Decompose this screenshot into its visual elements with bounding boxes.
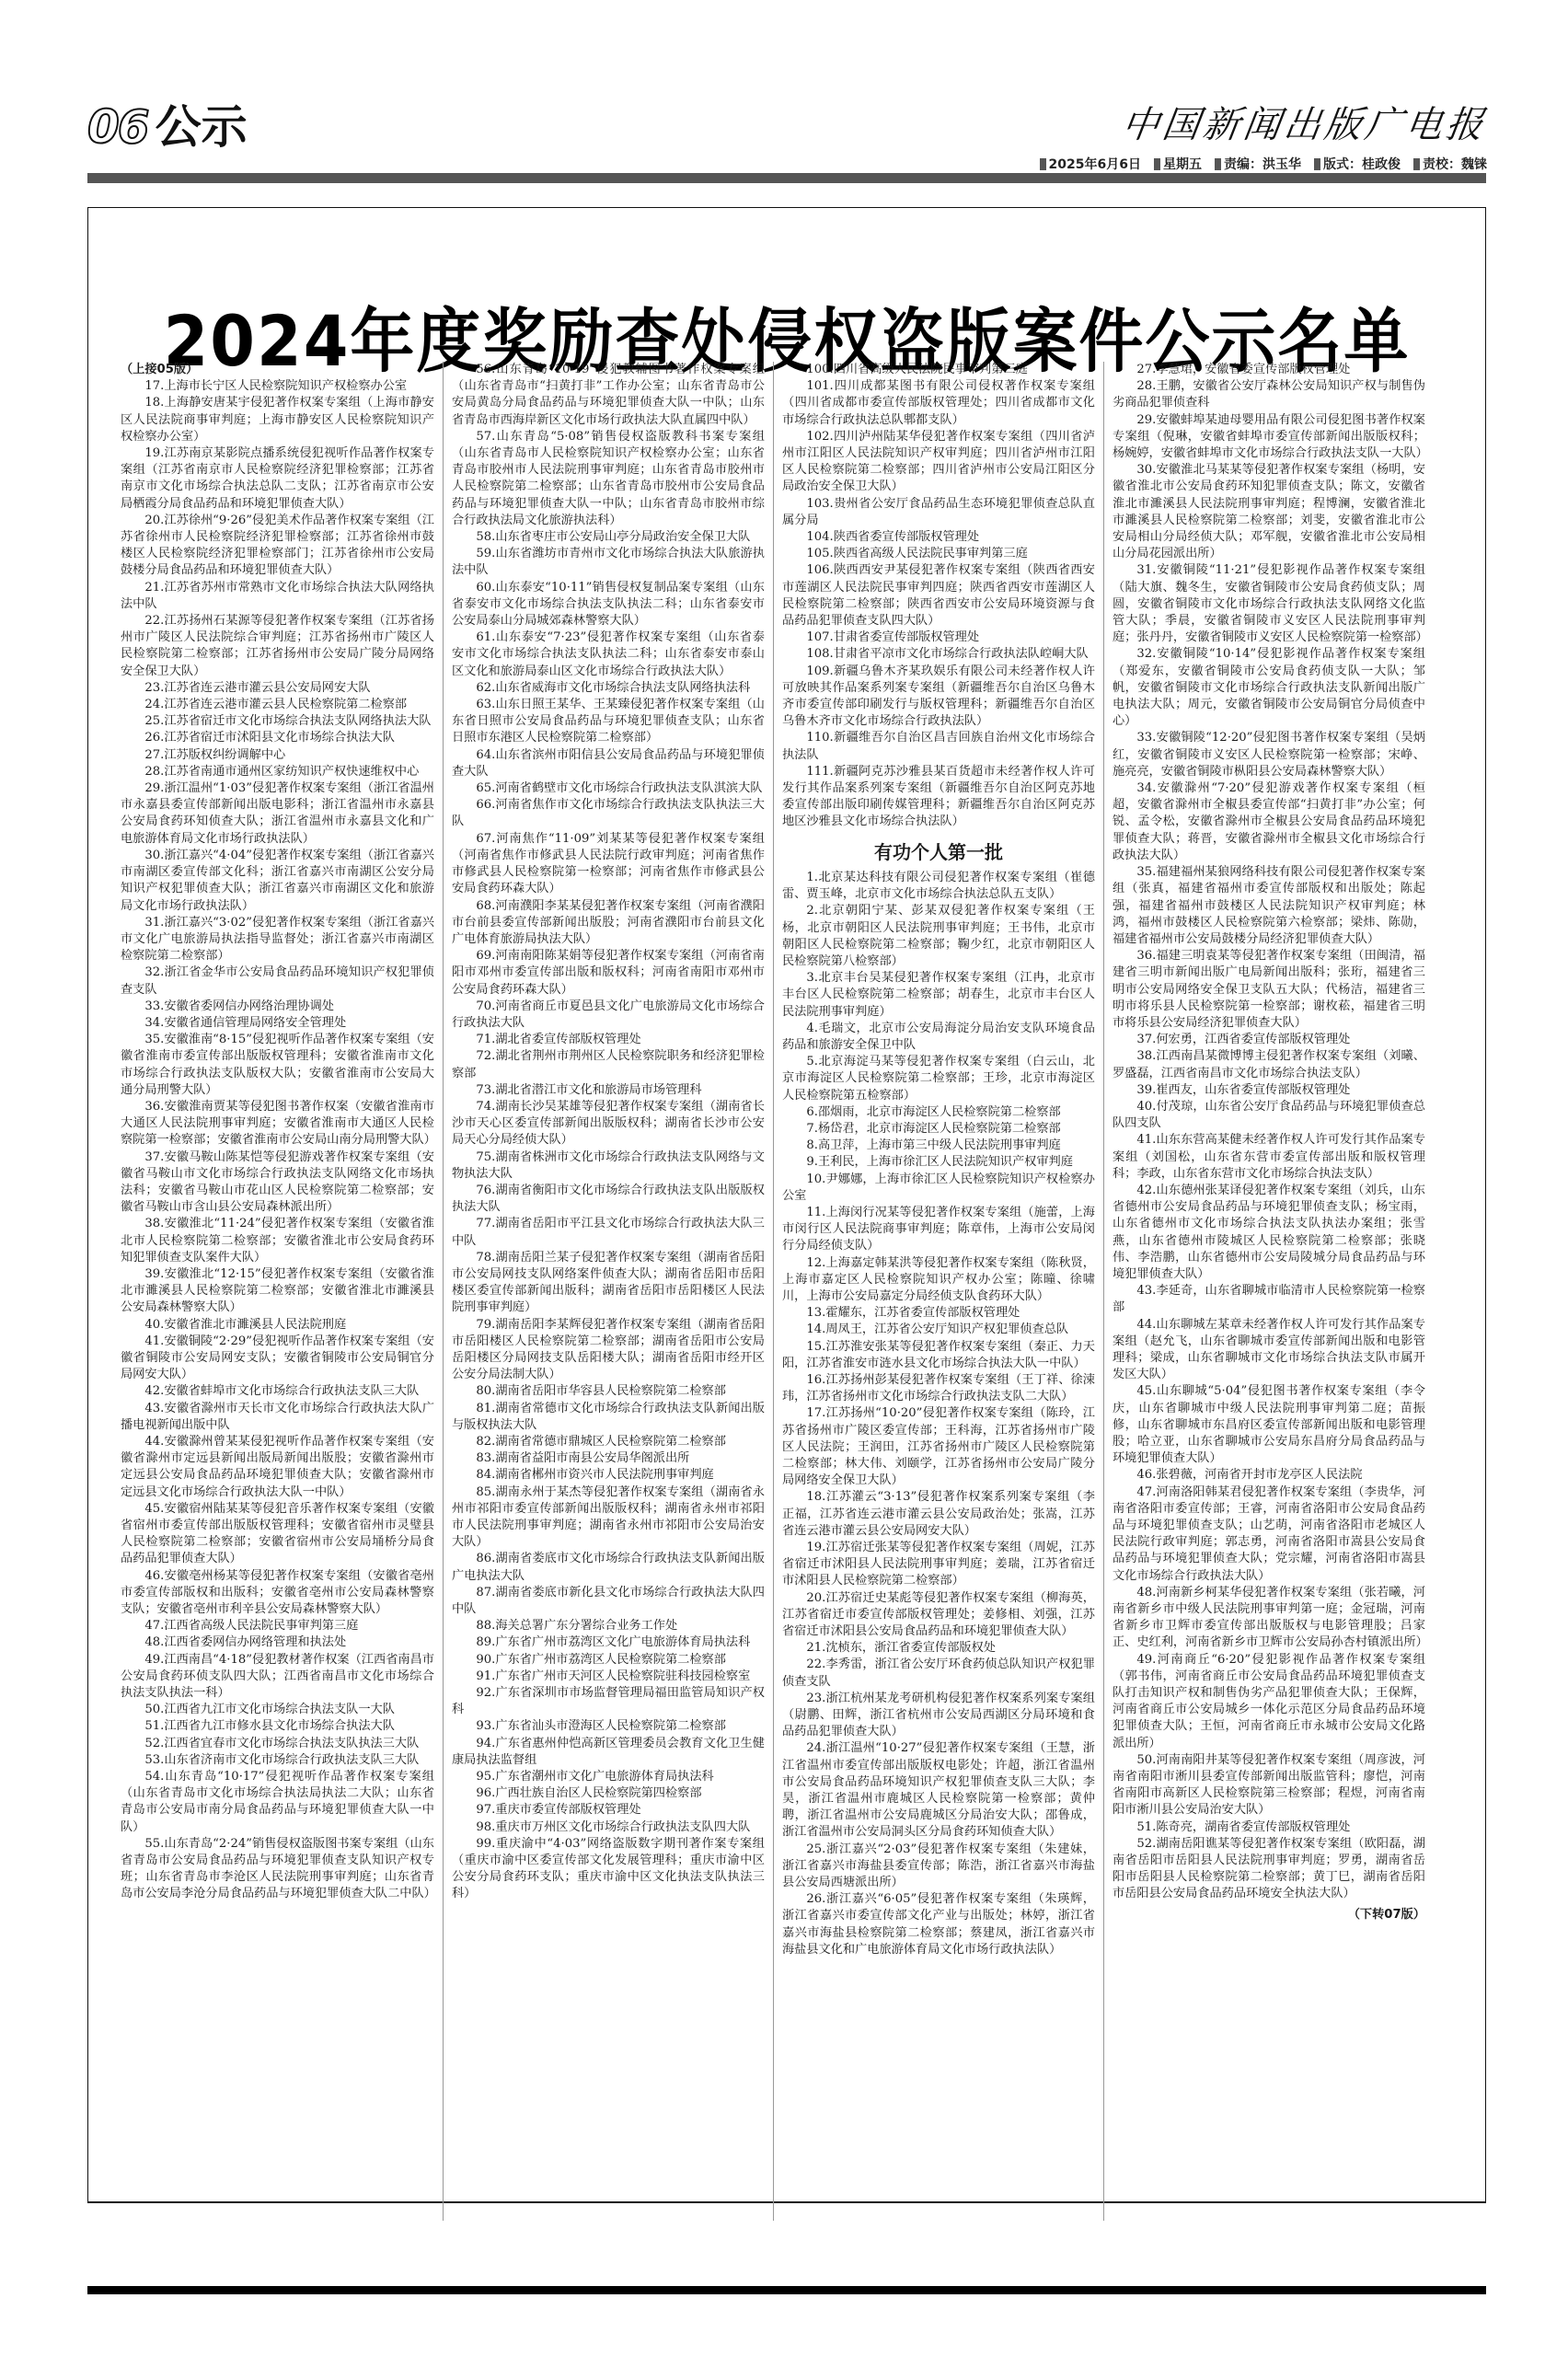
column-1: （上接05版） 17.上海市长宁区人民检察院知识产权检察办公室18.上海静安唐某… bbox=[112, 362, 443, 2221]
individual-list-item: 21.沈桢东，浙江省委宣传部版权处 bbox=[782, 1640, 1095, 1657]
individual-list-item: 15.江苏淮安张某等侵犯著作权案专案组（秦正、力天阳，江苏省淮安市涟水县文化市场… bbox=[782, 1339, 1095, 1372]
unit-list-item: 25.江苏省宿迁市文化市场综合执法支队网络执法大队 bbox=[121, 713, 434, 730]
individuals-heading: 有功个人第一批 bbox=[782, 844, 1095, 860]
individual-list-item: 38.江西南昌某微博博主侵犯著作权案专案组（刘曦、罗盛磊，江西省南昌市文化市场综… bbox=[1113, 1048, 1425, 1081]
individual-list-item: 36.福建三明袁某等侵犯著作权案专案组（田闽清，福建省三明市新闻出版广电局新闻出… bbox=[1113, 948, 1425, 1032]
unit-list-item: 77.湖南省岳阳市平江县文化市场综合行政执法大队三中队 bbox=[452, 1216, 765, 1249]
unit-list-item: 86.湖南省娄底市文化市场综合行政执法支队新闻出版广电执法大队 bbox=[452, 1551, 765, 1584]
individual-list-item: 24.浙江温州“10·27”侵犯著作权案专案组（王慧，浙江省温州市委宣传部出版版… bbox=[782, 1740, 1095, 1841]
unit-list-item: 70.河南省商丘市夏邑县文化广电旅游局文化市场综合行政执法大队 bbox=[452, 999, 765, 1032]
unit-list-item: 47.江西省高级人民法院民事审判第三庭 bbox=[121, 1618, 434, 1634]
individual-list-item: 10.尹娜娜，上海市徐汇区人民检察院知识产权检察办公室 bbox=[782, 1172, 1095, 1205]
individual-list-item: 51.陈奇亮，湖南省委宣传部版权管理处 bbox=[1113, 1819, 1425, 1836]
unit-list-item: 24.江苏省连云港市灌云县人民检察院第二检察部 bbox=[121, 697, 434, 713]
unit-list-item: 79.湖南岳阳李某辉侵犯著作权案专案组（湖南省岳阳市岳阳楼区人民检察院第二检察部… bbox=[452, 1317, 765, 1384]
unit-list-item: 104.陕西省委宣传部版权管理处 bbox=[782, 529, 1095, 546]
individual-list-item: 16.江苏扬州彭某侵犯著作权案专案组（王丁祥、徐涑玮，江苏省扬州市文化市场综合行… bbox=[782, 1372, 1095, 1405]
unit-list-item: 97.重庆市委宣传部版权管理处 bbox=[452, 1802, 765, 1819]
unit-list-item: 94.广东省惠州仲恺高新区管理委员会教育文化卫生健康局执法监督组 bbox=[452, 1736, 765, 1769]
unit-list-item: 33.安徽省委网信办网络治理协调处 bbox=[121, 999, 434, 1015]
individual-list-item: 30.安徽淮北马某某等侵犯著作权案专案组（杨明，安徽省淮北市公安局食药环知犯罪侦… bbox=[1113, 462, 1425, 562]
unit-list-item: 59.山东省潍坊市青州市文化市场综合执法大队旅游执法中队 bbox=[452, 546, 765, 579]
unit-list-item: 64.山东省滨州市阳信县公安局食品药品与环境犯罪侦查大队 bbox=[452, 747, 765, 780]
individual-list-item: 50.河南南阳井某等侵犯著作权案专案组（周彦波，河南省南阳市淅川县委宣传部新闻出… bbox=[1113, 1752, 1425, 1819]
column-4: 27.李慧珺，安徽省委宣传部版权管理处28.王鹏，安徽省公安厅森林公安局知识产权… bbox=[1103, 362, 1434, 2221]
unit-list-item: 100.四川省高级人民法院民事审判第三庭 bbox=[782, 362, 1095, 378]
section-name: 公示 bbox=[156, 100, 248, 154]
unit-list-item: 76.湖南省衡阳市文化市场综合行政执法支队出版版权执法大队 bbox=[452, 1183, 765, 1216]
unit-list-item: 43.安徽省滁州市天长市文化市场综合行政执法大队广播电视新闻出版中队 bbox=[121, 1401, 434, 1434]
unit-list-item: 32.浙江省金华市公安局食品药品环境知识产权犯罪侦查支队 bbox=[121, 964, 434, 998]
unit-list-item: 87.湖南省娄底市新化县文化市场综合行政执法大队四中队 bbox=[452, 1585, 765, 1618]
unit-list-item: 58.山东省枣庄市公安局山亭分局政治安全保卫大队 bbox=[452, 529, 765, 546]
column-2: 56.山东青岛“10·19”侵犯教辅图书著作权案专案组（山东省青岛市“扫黄打非”… bbox=[443, 362, 773, 2221]
unit-list-item: 49.江西南昌“4·18”侵犯教材著作权案（江西省南昌市公安局食药环侦支队四大队… bbox=[121, 1652, 434, 1703]
article-columns: （上接05版） 17.上海市长宁区人民检察院知识产权检察办公室18.上海静安唐某… bbox=[112, 362, 1463, 2221]
unit-list-item: 53.山东省济南市文化市场综合行政执法支队三大队 bbox=[121, 1752, 434, 1769]
unit-list-item: 35.安徽淮南“8·15”侵犯视听作品著作权案专案组（安徽省淮南市委宣传部出版版… bbox=[121, 1032, 434, 1099]
footer-rule bbox=[87, 2286, 1486, 2294]
individual-list-item: 13.霍耀东，江苏省委宣传部版权管理处 bbox=[782, 1305, 1095, 1322]
unit-list-item: 29.浙江温州“1·03”侵犯著作权案专案组（浙江省温州市永嘉县委宣传部新闻出版… bbox=[121, 780, 434, 848]
unit-list-item: 92.广东省深圳市市场监督管理局福田监管局知识产权科 bbox=[452, 1685, 765, 1718]
unit-list-item: 90.广东省广州市荔湾区人民检察院第二检察部 bbox=[452, 1652, 765, 1669]
individual-list-item: 41.山东东营高某健未经著作权人许可发行其作品案专案组（刘国松，山东省东营市委宣… bbox=[1113, 1132, 1425, 1183]
individual-list-item: 17.江苏扬州“10·20”侵犯著作权案专案组（陈玲，江苏省扬州市广陵区委宣传部… bbox=[782, 1405, 1095, 1489]
unit-list-item: 48.江西省委网信办网络管理和执法处 bbox=[121, 1634, 434, 1651]
unit-list-item: 74.湖南长沙吴某雄等侵犯著作权案专案组（湖南省长沙市天心区委宣传部新闻出版版权… bbox=[452, 1099, 765, 1149]
unit-list-item: 84.湖南省郴州市资兴市人民法院刑事审判庭 bbox=[452, 1467, 765, 1484]
unit-list-item: 69.河南南阳陈某娟等侵犯著作权案专案组（河南省南阳市邓州市委宣传部出版和版权科… bbox=[452, 948, 765, 999]
unit-list-item: 28.江苏省南通市通州区家纺知识产权快速维权中心 bbox=[121, 764, 434, 780]
unit-list-item: 75.湖南省株洲市文化市场综合行政执法支队网络与文物执法大队 bbox=[452, 1149, 765, 1183]
unit-list-item: 62.山东省威海市文化市场综合执法支队网络执法科 bbox=[452, 680, 765, 697]
unit-list-item: 72.湖北省荆州市荆州区人民检察院职务和经济犯罪检察部 bbox=[452, 1048, 765, 1081]
unit-list-item: 67.河南焦作“11·09”刘某某等侵犯著作权案专案组（河南省焦作市修武县人民法… bbox=[452, 831, 765, 898]
unit-list-item: 81.湖南省常德市文化市场综合行政执法支队新闻出版与版权执法大队 bbox=[452, 1401, 765, 1434]
unit-list-item: 107.甘肃省委宣传部版权管理处 bbox=[782, 629, 1095, 646]
individual-list-item: 47.河南洛阳韩某君侵犯著作权案专案组（李贵华，河南省洛阳市委宣传部；王睿，河南… bbox=[1113, 1484, 1425, 1585]
individual-list-item: 9.王利民，上海市徐汇区人民法院知识产权审判庭 bbox=[782, 1154, 1095, 1171]
unit-list-item: 57.山东青岛“5·08”销售侵权盗版教科书案专案组（山东省青岛市人民检察院知识… bbox=[452, 429, 765, 529]
proofreader: 责校：魏铼 bbox=[1413, 155, 1487, 173]
unit-list-item: 63.山东日照王某华、王某臻侵犯著作权案专案组（山东省日照市公安局食品药品与环境… bbox=[452, 697, 765, 747]
unit-list-item: 71.湖北省委宣传部版权管理处 bbox=[452, 1032, 765, 1048]
unit-list-item: 20.江苏徐州“9·26”侵犯美术作品著作权案专案组（江苏省徐州市人民检察院经济… bbox=[121, 513, 434, 580]
unit-list-item: 55.山东青岛“2·24”销售侵权盗版图书案专案组（山东省青岛市公安局食品药品与… bbox=[121, 1836, 434, 1903]
unit-list-item: 22.江苏扬州石某源等侵犯著作权案专案组（江苏省扬州市广陵区人民法院综合审判庭；… bbox=[121, 613, 434, 680]
unit-list-item: 34.安徽省通信管理局网络安全管理处 bbox=[121, 1015, 434, 1032]
unit-list-item: 105.陕西省高级人民法院民事审判第三庭 bbox=[782, 546, 1095, 562]
unit-list-item: 93.广东省汕头市澄海区人民检察院第二检察部 bbox=[452, 1718, 765, 1735]
individual-list-item: 8.高卫萍，上海市第三中级人民法院刑事审判庭 bbox=[782, 1138, 1095, 1154]
unit-list-item: 80.湖南省岳阳市华容县人民检察院第二检察部 bbox=[452, 1383, 765, 1400]
page-number: 06 bbox=[87, 100, 148, 154]
unit-list-item: 51.江西省九江市修水县文化市场综合执法大队 bbox=[121, 1718, 434, 1735]
individual-list-item: 52.湖南岳阳谯某等侵犯著作权案专案组（欧阳磊，湖南省岳阳市岳阳县人民法院刑事审… bbox=[1113, 1836, 1425, 1903]
unit-list-item: 23.江苏省连云港市灌云县公安局网安大队 bbox=[121, 680, 434, 697]
individual-list-item: 1.北京某达科技有限公司侵犯著作权案专案组（崔德雷、贾玉峰，北京市文化市场综合执… bbox=[782, 870, 1095, 903]
unit-list-item: 19.江苏南京某影院点播系统侵犯视听作品著作权案专案组（江苏省南京市人民检察院经… bbox=[121, 445, 434, 513]
individual-list-item: 40.付茂琼，山东省公安厅食品药品与环境犯罪侦查总队四支队 bbox=[1113, 1099, 1425, 1132]
unit-list-item: 109.新疆乌鲁木齐某玖娱乐有限公司未经著作权人许可放映其作品案系列案专案组（新… bbox=[782, 664, 1095, 731]
unit-list-item: 27.江苏版权纠纷调解中心 bbox=[121, 747, 434, 764]
continued-to-note: （下转07版） bbox=[1113, 1907, 1425, 1923]
unit-list-item: 38.安徽淮北“11·24”侵犯著作权案专案组（安徽省淮北市人民检察院第二检察部… bbox=[121, 1216, 434, 1266]
unit-list-item: 101.四川成都某图书有限公司侵权著作权案专案组（四川省成都市委宣传部版权管理处… bbox=[782, 378, 1095, 429]
individual-list-item: 32.安徽铜陵“10·14”侵犯影视作品著作权案专案组（郑爱东，安徽省铜陵市公安… bbox=[1113, 646, 1425, 730]
individual-list-item: 35.福建福州某狼网络科技有限公司侵犯著作权案专案组（张真，福建省福州市委宣传部… bbox=[1113, 864, 1425, 948]
individual-list-item: 4.毛瑞文，北京市公安局海淀分局治安支队环境食品药品和旅游安全保卫中队 bbox=[782, 1021, 1095, 1054]
issue-weekday: 星期五 bbox=[1154, 155, 1202, 173]
issue-date: 2025年6月6日 bbox=[1040, 155, 1141, 173]
individual-list-item: 5.北京海淀马某等侵犯著作权案专案组（白云山，北京市海淀区人民检察院第二检察部；… bbox=[782, 1054, 1095, 1104]
individual-list-item: 46.张碧薇，河南省开封市龙亭区人民法院 bbox=[1113, 1467, 1425, 1484]
unit-list-item: 45.安徽宿州陆某某等侵犯音乐著作权案专案组（安徽省宿州市委宣传部出版版权管理科… bbox=[121, 1501, 434, 1568]
individual-list-item: 26.浙江嘉兴“6·05”侵犯著作权案专案组（朱瑛辉，浙江省嘉兴市委宣传部文化产… bbox=[782, 1891, 1095, 1958]
individual-list-item: 11.上海闵行况某等侵犯著作权案专案组（施蕾，上海市闵行区人民法院商事审判庭；陈… bbox=[782, 1205, 1095, 1255]
individual-list-item: 48.河南新乡柯某华侵犯著作权案专案组（张若曦，河南省新乡市中级人民法院刑事审判… bbox=[1113, 1585, 1425, 1652]
unit-list-item: 110.新疆维吾尔自治区昌吉回族自治州文化市场综合执法队 bbox=[782, 730, 1095, 763]
individual-list-item: 45.山东聊城“5·04”侵犯图书著作权案专案组（李令庆，山东省聊城市中级人民法… bbox=[1113, 1383, 1425, 1467]
unit-list-item: 17.上海市长宁区人民检察院知识产权检察办公室 bbox=[121, 378, 434, 395]
individual-list-item: 6.邵烟雨，北京市海淀区人民检察院第二检察部 bbox=[782, 1104, 1095, 1121]
page-section-label: 06公示 bbox=[87, 99, 248, 155]
individual-list-item: 27.李慧珺，安徽省委宣传部版权管理处 bbox=[1113, 362, 1425, 378]
unit-list-item: 61.山东泰安“7·23”侵犯著作权案专案组（山东省泰安市文化市场综合执法支队执… bbox=[452, 629, 765, 680]
unit-list-item: 91.广东省广州市天河区人民检察院驻科技园检察室 bbox=[452, 1669, 765, 1685]
individual-list-item: 43.李延奇，山东省聊城市临清市人民检察院第一检察部 bbox=[1113, 1283, 1425, 1316]
unit-list-item: 18.上海静安唐某宇侵犯著作权案专案组（上海市静安区人民法院商事审判庭；上海市静… bbox=[121, 395, 434, 445]
unit-list-item: 42.安徽省蚌埠市文化市场综合行政执法支队三大队 bbox=[121, 1383, 434, 1400]
unit-list-item: 21.江苏省苏州市常熟市文化市场综合执法大队网络执法中队 bbox=[121, 580, 434, 613]
individual-list-item: 2.北京朝阳宁某、彭某双侵犯著作权案专案组（王杨，北京市朝阳区人民法院刑事审判庭… bbox=[782, 903, 1095, 970]
unit-list-item: 46.安徽亳州杨某等侵犯著作权案专案组（安徽省亳州市委宣传部版权和出版科；安徽省… bbox=[121, 1568, 434, 1619]
unit-list-item: 85.湖南永州于某杰等侵犯著作权案专案组（湖南省永州市祁阳市委宣传部新闻出版版权… bbox=[452, 1484, 765, 1552]
continued-from-note: （上接05版） bbox=[121, 362, 434, 378]
individual-list-item: 3.北京丰台吴某侵犯著作权案专案组（江冉，北京市丰台区人民检察院第二检察部；胡春… bbox=[782, 970, 1095, 1021]
individual-list-item: 37.何宏勇，江西省委宣传部版权管理处 bbox=[1113, 1032, 1425, 1048]
individual-list-item: 14.周凤王，江苏省公安厅知识产权犯罪侦查总队 bbox=[782, 1322, 1095, 1338]
layout-designer: 版式：桂政俊 bbox=[1314, 155, 1401, 173]
individual-list-item: 39.崔西友，山东省委宣传部版权管理处 bbox=[1113, 1082, 1425, 1099]
unit-list-item: 41.安徽铜陵“2·29”侵犯视听作品著作权案专案组（安徽省铜陵市公安局网安支队… bbox=[121, 1334, 434, 1384]
individual-list-item: 18.江苏灌云“3·13”侵犯著作权案系列案专案组（李正福，江苏省连云港市灌云县… bbox=[782, 1489, 1095, 1540]
individual-list-item: 20.江苏宿迁史某彪等侵犯著作权案专案组（柳海英，江苏省宿迁市委宣传部版权管理处… bbox=[782, 1590, 1095, 1641]
unit-list-item: 99.重庆渝中“4·03”网络盗版数字期刊著作案专案组（重庆市渝中区委宣传部文化… bbox=[452, 1836, 765, 1903]
individual-list-item: 12.上海嘉定韩某洪等侵犯著作权案专案组（陈秋贤，上海市嘉定区人民检察院知识产权… bbox=[782, 1255, 1095, 1306]
unit-list-item: 50.江西省九江市文化市场综合执法支队一大队 bbox=[121, 1702, 434, 1718]
individual-list-item: 28.王鹏，安徽省公安厅森林公安局知识产权与制售伪劣商品犯罪侦查科 bbox=[1113, 378, 1425, 411]
individual-list-item: 33.安徽铜陵“12·20”侵犯图书著作权案专案组（吴炳红，安徽省铜陵市义安区人… bbox=[1113, 730, 1425, 780]
unit-list-item: 111.新疆阿克苏沙雅县某百货超市未经著作权人许可发行其作品案系列案专案组（新疆… bbox=[782, 764, 1095, 831]
unit-list-item: 39.安徽淮北“12·15”侵犯著作权案专案组（安徽省淮北市濉溪县人民检察院第二… bbox=[121, 1266, 434, 1317]
editor: 责编：洪玉华 bbox=[1215, 155, 1301, 173]
unit-list-item: 96.广西壮族自治区人民检察院第四检察部 bbox=[452, 1785, 765, 1802]
unit-list-item: 52.江西省宜春市文化市场综合执法支队执法三大队 bbox=[121, 1736, 434, 1752]
newspaper-masthead: 中国新闻出版广电报 bbox=[1119, 96, 1491, 148]
unit-list-item: 40.安徽省淮北市濉溪县人民法院刑庭 bbox=[121, 1317, 434, 1334]
unit-list-item: 44.安徽滁州曾某某侵犯视听作品著作权案专案组（安徽省滁州市定远县新闻出版局新闻… bbox=[121, 1434, 434, 1501]
unit-list-item: 36.安徽淮南贾某等侵犯图书著作权案（安徽省淮南市大通区人民法院刑事审判庭；安徽… bbox=[121, 1099, 434, 1149]
unit-list-item: 73.湖北省潜江市文化和旅游局市场管理科 bbox=[452, 1082, 765, 1099]
unit-list-item: 60.山东泰安“10·11”销售侵权复制品案专案组（山东省泰安市文化市场综合执法… bbox=[452, 580, 765, 630]
unit-list-item: 82.湖南省常德市鼎城区人民检察院第二检察部 bbox=[452, 1434, 765, 1450]
unit-list-item: 65.河南省鹤壁市文化市场综合行政执法支队淇滨大队 bbox=[452, 780, 765, 797]
individual-list-item: 19.江苏宿迁张某等侵犯著作权案专案组（周妮，江苏省宿迁市沭阳县人民法院刑事审判… bbox=[782, 1540, 1095, 1590]
issue-meta: 2025年6月6日 星期五 责编：洪玉华 版式：桂政俊 责校：魏铼 bbox=[1040, 155, 1487, 173]
unit-list-item: 89.广东省广州市荔湾区文化广电旅游体育局执法科 bbox=[452, 1634, 765, 1651]
unit-list-item: 56.山东青岛“10·19”侵犯教辅图书著作权案专案组（山东省青岛市“扫黄打非”… bbox=[452, 362, 765, 429]
individual-list-item: 25.浙江嘉兴“2·03”侵犯著作权案专案组（朱建妹，浙江省嘉兴市海盐县委宣传部… bbox=[782, 1842, 1095, 1892]
unit-list-item: 54.山东青岛“10·17”侵犯视听作品著作权案专案组（山东省青岛市文化市场综合… bbox=[121, 1769, 434, 1836]
unit-list-item: 108.甘肃省平凉市文化市场综合行政执法队崆峒大队 bbox=[782, 646, 1095, 663]
header-rule bbox=[87, 173, 1486, 183]
individual-list-item: 22.李秀雷，浙江省公安厅环食药侦总队知识产权犯罪侦查支队 bbox=[782, 1657, 1095, 1690]
individual-list-item: 44.山东聊城左某章未经著作权人许可发行其作品案专案组（赵允飞，山东省聊城市委宣… bbox=[1113, 1317, 1425, 1384]
unit-list-item: 83.湖南省益阳市南县公安局华阁派出所 bbox=[452, 1450, 765, 1467]
unit-list-item: 78.湖南岳阳兰某子侵犯著作权案专案组（湖南省岳阳市公安局网技支队网络案件侦查大… bbox=[452, 1250, 765, 1317]
individual-list-item: 42.山东德州张某译侵犯著作权案专案组（刘兵，山东省德州市公安局食品药品与环境犯… bbox=[1113, 1183, 1425, 1283]
individual-list-item: 49.河南商丘“6·20”侵犯影视作品著作权案专案组（郭书伟，河南省商丘市公安局… bbox=[1113, 1652, 1425, 1752]
individual-list-item: 29.安徽蚌埠某迪母婴用品有限公司侵犯图书著作权案专案组（倪琳，安徽省蚌埠市委宣… bbox=[1113, 412, 1425, 463]
unit-list-item: 102.四川泸州陆某华侵犯著作权案专案组（四川省泸州市江阳区人民法院知识产权审判… bbox=[782, 429, 1095, 496]
unit-list-item: 31.浙江嘉兴“3·02”侵犯著作权案专案组（浙江省嘉兴市文化广电旅游局执法指导… bbox=[121, 915, 434, 965]
unit-list-item: 88.海关总署广东分署综合业务工作处 bbox=[452, 1618, 765, 1634]
unit-list-item: 26.江苏省宿迁市沭阳县文化市场综合执法大队 bbox=[121, 730, 434, 746]
unit-list-item: 103.贵州省公安厅食品药品生态环境犯罪侦查总队直属分局 bbox=[782, 496, 1095, 529]
individual-list-item: 7.杨岱君，北京市海淀区人民检察院第二检察部 bbox=[782, 1121, 1095, 1138]
unit-list-item: 95.广东省潮州市文化广电旅游体育局执法科 bbox=[452, 1769, 765, 1785]
unit-list-item: 106.陕西西安尹某侵犯著作权案专案组（陕西省西安市莲湖区人民法院民事审判四庭；… bbox=[782, 562, 1095, 629]
individual-list-item: 34.安徽滁州“7·20”侵犯游戏著作权案专案组（桓超，安徽省滁州市全椒县委宣传… bbox=[1113, 780, 1425, 864]
individual-list-item: 23.浙江杭州某龙考研机构侵犯著作权案系列案专案组（尉鹏、田辉，浙江省杭州市公安… bbox=[782, 1691, 1095, 1741]
unit-list-item: 30.浙江嘉兴“4·04”侵犯著作权案专案组（浙江省嘉兴市南湖区委宣传部文化科；… bbox=[121, 848, 434, 915]
unit-list-item: 68.河南濮阳李某某侵犯著作权案专案组（河南省濮阳市台前县委宣传部新闻出版股；河… bbox=[452, 898, 765, 949]
unit-list-item: 66.河南省焦作市文化市场综合行政执法支队执法三大队 bbox=[452, 797, 765, 830]
unit-list-item: 37.安徽马鞍山陈某恺等侵犯游戏著作权案专案组（安徽省马鞍山市文化市场综合行政执… bbox=[121, 1149, 434, 1217]
column-3: 100.四川省高级人民法院民事审判第三庭101.四川成都某图书有限公司侵权著作权… bbox=[773, 362, 1103, 2221]
individual-list-item: 31.安徽铜陵“11·21”侵犯影视作品著作权案专案组（陆大旗、魏冬生，安徽省铜… bbox=[1113, 562, 1425, 646]
unit-list-item: 98.重庆市万州区文化市场综合行政执法支队四大队 bbox=[452, 1819, 765, 1836]
